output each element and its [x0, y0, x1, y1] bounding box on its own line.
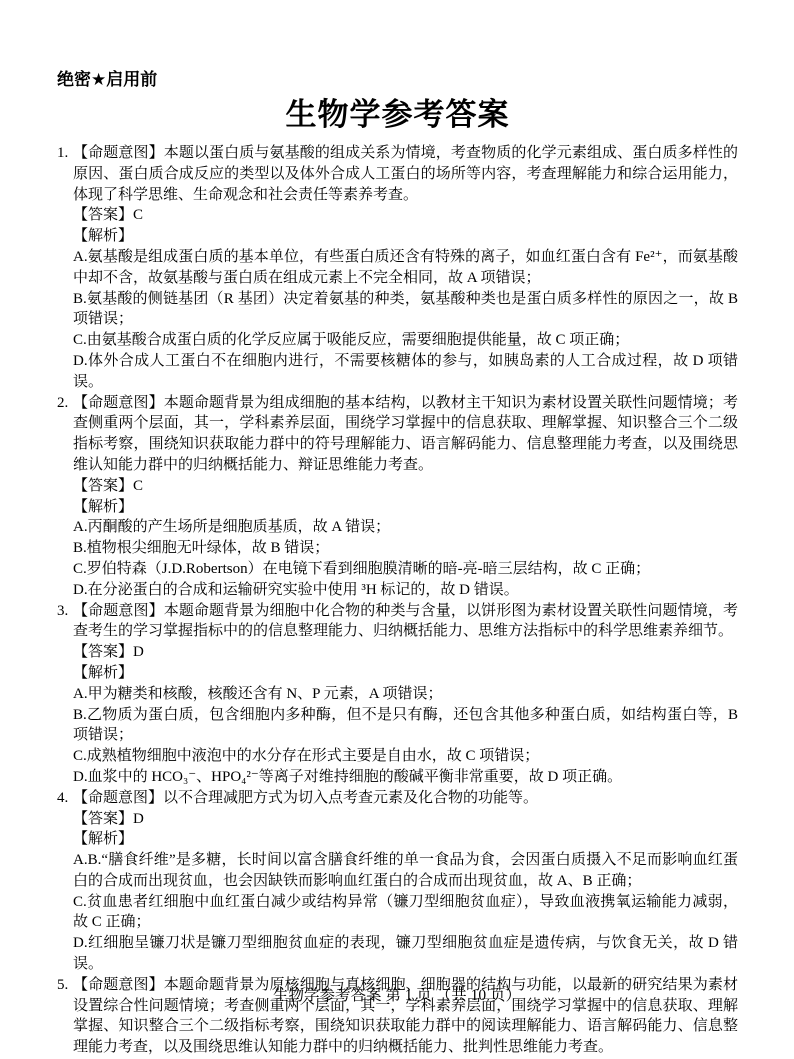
- item-1: 1.【命题意图】本题以蛋白质与氨基酸的组成关系为情境，考查物质的化学元素组成、蛋…: [57, 143, 738, 393]
- analysis-heading: 【解析】: [73, 497, 738, 518]
- intent-label: 【命题意图】: [73, 145, 164, 161]
- analysis-line: D.在分泌蛋白的合成和运输研究实验中使用 ³H 标记的，故 D 错误。: [73, 580, 738, 601]
- page-footer: 生物学参考答案 第 1 页 （共 10 页）: [0, 983, 794, 1005]
- document-page: 绝密★启用前 生物学参考答案 1.【命题意图】本题以蛋白质与氨基酸的组成关系为情…: [0, 0, 794, 1059]
- item-number: 3.: [57, 601, 68, 622]
- answer-value: D: [133, 644, 144, 660]
- item-number: 2.: [57, 393, 68, 414]
- answer-label: 【答案】: [73, 478, 133, 494]
- analysis-heading: 【解析】: [73, 829, 738, 850]
- analysis-line: B.乙物质为蛋白质，包含细胞内多种酶，但不是只有酶，还包含其他多种蛋白质，如结构…: [73, 705, 738, 747]
- analysis-line: B.植物根尖细胞无叶绿体，故 B 错误；: [73, 538, 738, 559]
- analysis-heading: 【解析】: [73, 226, 738, 247]
- analysis-line: D.体外合成人工蛋白不在细胞内进行，不需要核糖体的参与，如胰岛素的人工合成过程，…: [73, 351, 738, 393]
- item-number: 1.: [57, 143, 68, 164]
- intent-text: 本题命题背景为细胞中化合物的种类与含量，以饼形图为素材设置关联性问题情境，考查考…: [73, 603, 738, 640]
- analysis-line: C.由氨基酸合成蛋白质的化学反应属于吸能反应，需要细胞提供能量，故 C 项正确；: [73, 330, 738, 351]
- item-2: 2.【命题意图】本题命题背景为组成细胞的基本结构，以教材主干知识为素材设置关联性…: [57, 393, 738, 601]
- answer-label: 【答案】: [73, 811, 133, 827]
- intent-text: 以不合理减肥方式为切入点考查元素及化合物的功能等。: [163, 790, 538, 806]
- analysis-line: D.血浆中的 HCO₃⁻、HPO₄²⁻等离子对维持细胞的酸碱平衡非常重要，故 D…: [73, 767, 738, 788]
- answer-line: 【答案】D: [73, 642, 738, 663]
- analysis-line: C.贫血患者红细胞中血红蛋白减少或结构异常（镰刀型细胞贫血症），导致血液携氧运输…: [73, 892, 738, 934]
- intent-text: 本题命题背景为组成细胞的基本结构，以教材主干知识为素材设置关联性问题情境；考查侧…: [73, 395, 738, 473]
- answer-label: 【答案】: [73, 207, 133, 223]
- answer-value: D: [133, 811, 144, 827]
- item-number: 4.: [57, 788, 68, 809]
- document-title: 生物学参考答案: [57, 97, 738, 133]
- intent-paragraph: 2.【命题意图】本题命题背景为组成细胞的基本结构，以教材主干知识为素材设置关联性…: [73, 393, 738, 476]
- analysis-line: C.罗伯特森（J.D.Robertson）在电镜下看到细胞膜清晰的暗-亮-暗三层…: [73, 559, 738, 580]
- intent-text: 本题以蛋白质与氨基酸的组成关系为情境，考查物质的化学元素组成、蛋白质多样性的原因…: [73, 145, 738, 203]
- answer-key-body: 1.【命题意图】本题以蛋白质与氨基酸的组成关系为情境，考查物质的化学元素组成、蛋…: [57, 143, 738, 1058]
- analysis-line: C.成熟植物细胞中液泡中的水分存在形式主要是自由水，故 C 项错误；: [73, 746, 738, 767]
- analysis-line: A.氨基酸是组成蛋白质的基本单位，有些蛋白质还含有特殊的离子，如血红蛋白含有 F…: [73, 247, 738, 289]
- answer-line: 【答案】C: [73, 205, 738, 226]
- analysis-line: A.甲为糖类和核酸，核酸还含有 N、P 元素，A 项错误；: [73, 684, 738, 705]
- answer-label: 【答案】: [73, 644, 133, 660]
- intent-label: 【命题意图】: [73, 395, 164, 411]
- analysis-line: A.B.“膳食纤维”是多糖，长时间以富含膳食纤维的单一食品为食，会因蛋白质摄入不…: [73, 850, 738, 892]
- item-4: 4.【命题意图】以不合理减肥方式为切入点考查元素及化合物的功能等。 【答案】D …: [57, 788, 738, 975]
- answer-value: C: [133, 207, 143, 223]
- classification-header: 绝密★启用前: [57, 70, 738, 90]
- intent-paragraph: 4.【命题意图】以不合理减肥方式为切入点考查元素及化合物的功能等。: [73, 788, 738, 809]
- intent-label: 【命题意图】: [73, 603, 164, 619]
- item-3: 3.【命题意图】本题命题背景为细胞中化合物的种类与含量，以饼形图为素材设置关联性…: [57, 601, 738, 788]
- analysis-heading: 【解析】: [73, 663, 738, 684]
- analysis-line: B.氨基酸的侧链基团（R 基团）决定着氨基的种类，氨基酸种类也是蛋白质多样性的原…: [73, 289, 738, 331]
- answer-value: C: [133, 478, 143, 494]
- answer-line: 【答案】C: [73, 476, 738, 497]
- intent-paragraph: 3.【命题意图】本题命题背景为细胞中化合物的种类与含量，以饼形图为素材设置关联性…: [73, 601, 738, 643]
- analysis-line: D.红细胞呈镰刀状是镰刀型细胞贫血症的表现，镰刀型细胞贫血症是遗传病，与饮食无关…: [73, 933, 738, 975]
- intent-paragraph: 1.【命题意图】本题以蛋白质与氨基酸的组成关系为情境，考查物质的化学元素组成、蛋…: [73, 143, 738, 205]
- answer-line: 【答案】D: [73, 809, 738, 830]
- intent-label: 【命题意图】: [73, 790, 163, 806]
- analysis-line: A.丙酮酸的产生场所是细胞质基质，故 A 错误；: [73, 517, 738, 538]
